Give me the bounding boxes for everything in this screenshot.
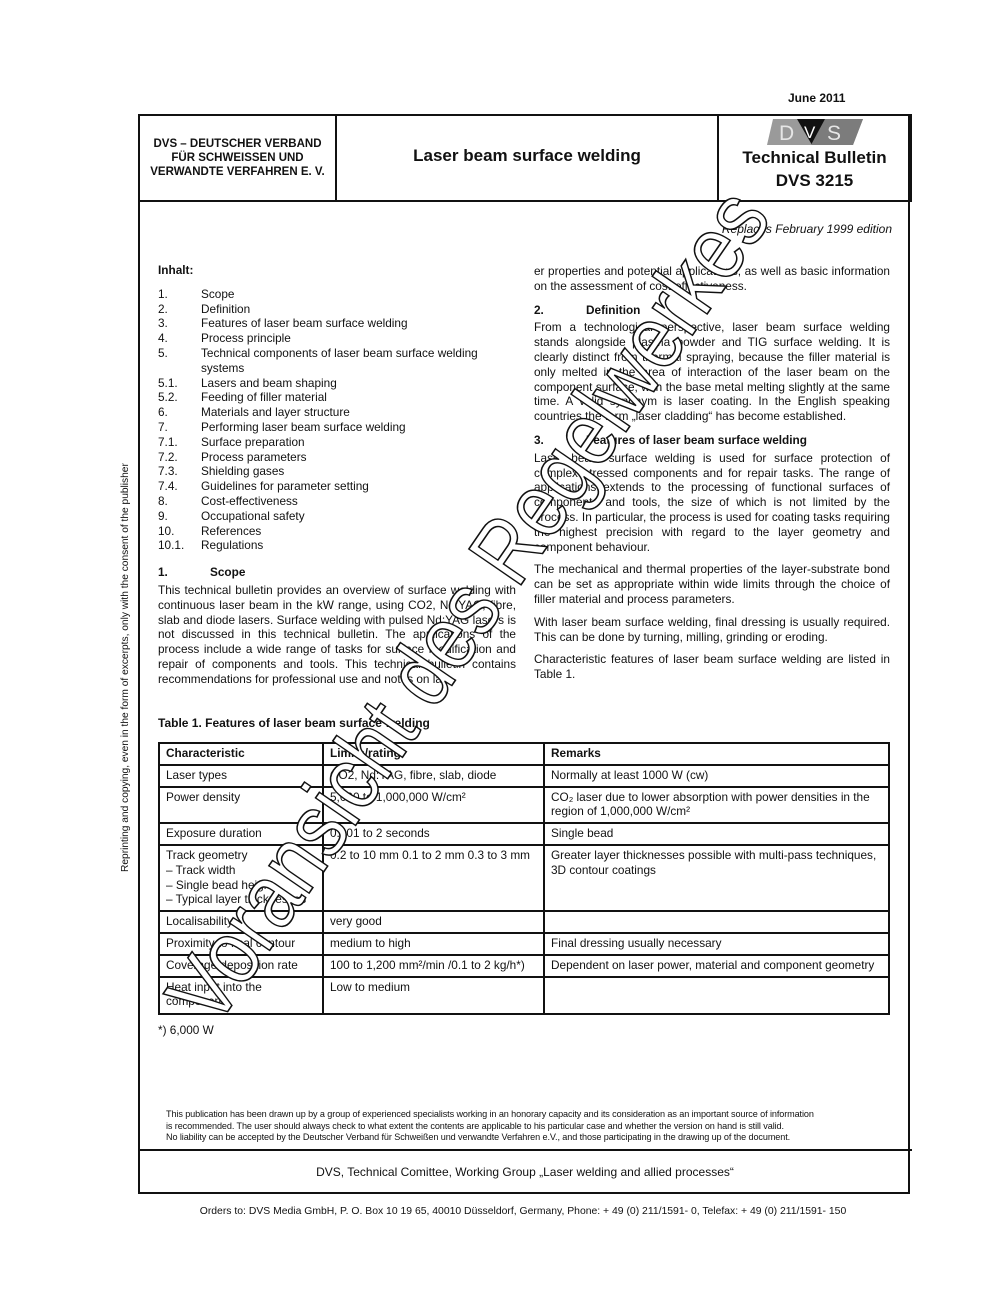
- toc-number: 7.3.: [158, 464, 201, 479]
- table-cell-limits: very good: [323, 911, 544, 933]
- toc-number: 5.1.: [158, 376, 201, 391]
- document-header: DVS – DEUTSCHER VERBAND FÜR SCHWEISSEN U…: [138, 114, 912, 202]
- organization-line: DVS – DEUTSCHER VERBAND: [150, 137, 324, 151]
- disclaimer: This publication has been drawn up by a …: [166, 1109, 890, 1144]
- table-cell-remarks: CO₂ laser due to lower absorption with p…: [544, 787, 889, 824]
- disclaimer-line: is recommended. The user should always c…: [166, 1121, 890, 1133]
- column-header: Characteristic: [159, 743, 323, 765]
- features-paragraph: The mechanical and thermal properties of…: [534, 562, 890, 606]
- table-cell-limits: 0.2 to 10 mm 0.1 to 2 mm 0.3 to 3 mm: [323, 845, 544, 911]
- toc-number: 10.: [158, 524, 201, 539]
- table-row: Localisabilityvery good: [159, 911, 889, 933]
- bulletin-block: D V S Technical Bulletin DVS 3215: [719, 116, 910, 200]
- toc-number: 3.: [158, 316, 201, 331]
- table-cell-characteristic: Exposure duration: [159, 823, 323, 845]
- toc-number: 7.: [158, 420, 201, 435]
- features-paragraph: Characteristic features of laser beam su…: [534, 652, 890, 682]
- svg-text:D: D: [779, 122, 794, 145]
- section-heading-scope: 1. Scope: [158, 565, 516, 580]
- bulletin-label: Technical Bulletin: [742, 148, 886, 168]
- table-row: Track geometry – Track width – Single be…: [159, 845, 889, 911]
- toc-number: 4.: [158, 331, 201, 346]
- table-cell-characteristic: Localisability: [159, 911, 323, 933]
- toc-item: 4.Process principle: [158, 331, 516, 346]
- features-paragraph: Laser beam surface welding is used for s…: [534, 451, 890, 555]
- bulletin-number: DVS 3215: [776, 171, 854, 191]
- toc-number: 5.: [158, 346, 201, 376]
- toc-label: Surface preparation: [201, 435, 305, 450]
- toc-number: 7.2.: [158, 450, 201, 465]
- toc-label: Process principle: [201, 331, 291, 346]
- table-row: Power density5,000 to 1,000,000 W/cm²CO₂…: [159, 787, 889, 824]
- toc-number: 5.2.: [158, 390, 201, 405]
- table-cell-remarks: Dependent on laser power, material and c…: [544, 955, 889, 977]
- toc-item: 5.1.Lasers and beam shaping: [158, 376, 516, 391]
- toc-item: 3.Features of laser beam surface welding: [158, 316, 516, 331]
- table-title: Table 1. Features of laser beam surface …: [158, 716, 430, 730]
- table-footnote: *) 6,000 W: [158, 1023, 214, 1037]
- table-cell-characteristic: Heat input into the component: [159, 977, 323, 1014]
- section-heading-definition: 2. Definition: [534, 303, 890, 318]
- toc-number: 7.4.: [158, 479, 201, 494]
- organization-line: FÜR SCHWEISSEN UND: [150, 151, 324, 165]
- toc-label: Scope: [201, 287, 234, 302]
- toc-number: 6.: [158, 405, 201, 420]
- toc-item: 5.Technical components of laser beam sur…: [158, 346, 516, 376]
- table-cell-limits: medium to high: [323, 933, 544, 955]
- table-cell-characteristic: Laser types: [159, 765, 323, 787]
- toc-title: Inhalt:: [158, 263, 516, 278]
- toc-label: Process parameters: [201, 450, 307, 465]
- table-cell-limits: 5,000 to 1,000,000 W/cm²: [323, 787, 544, 824]
- toc-item: 5.2.Feeding of filler material: [158, 390, 516, 405]
- table-cell-remarks: [544, 911, 889, 933]
- table-cell-remarks: Normally at least 1000 W (cw): [544, 765, 889, 787]
- toc-item: 1.Scope: [158, 287, 516, 302]
- toc-label: Occupational safety: [201, 509, 305, 524]
- table-cell-characteristic: Track geometry – Track width – Single be…: [159, 845, 323, 911]
- toc-label: Feeding of filler material: [201, 390, 327, 405]
- table-cell-remarks: [544, 977, 889, 1014]
- dvs-logo-icon: D V S: [767, 119, 863, 145]
- toc-item: 6.Materials and layer structure: [158, 405, 516, 420]
- definition-text: From a technological perspective, laser …: [534, 320, 890, 424]
- toc-label: Materials and layer structure: [201, 405, 350, 420]
- svg-text:V: V: [804, 123, 816, 142]
- toc-label: References: [201, 524, 261, 539]
- table-header-row: Characteristic Limits/rating Remarks: [159, 743, 889, 765]
- toc-item: 10.1.Regulations: [158, 538, 516, 553]
- toc-item: 7.3.Shielding gases: [158, 464, 516, 479]
- table-cell-limits: 100 to 1,200 mm²/min /0.1 to 2 kg/h*): [323, 955, 544, 977]
- scope-text-continued: er properties and potential applications…: [534, 264, 890, 294]
- table-cell-characteristic: Power density: [159, 787, 323, 824]
- scope-text: This technical bulletin provides an over…: [158, 583, 516, 687]
- table-cell-remarks: Final dressing usually necessary: [544, 933, 889, 955]
- replaces-edition: Replaces February 1999 edition: [722, 222, 892, 236]
- table-cell-limits: CO2, Nd:YAG, fibre, slab, diode: [323, 765, 544, 787]
- toc-label: Guidelines for parameter setting: [201, 479, 369, 494]
- toc-item: 2.Definition: [158, 302, 516, 317]
- toc-label: Shielding gases: [201, 464, 284, 479]
- column-header: Remarks: [544, 743, 889, 765]
- organization-line: VERWANDTE VERFAHREN E. V.: [150, 165, 324, 179]
- publication-date: June 2011: [788, 91, 845, 105]
- table-cell-remarks: Greater layer thicknesses possible with …: [544, 845, 889, 911]
- table-row: Exposure duration0.001 to 2 secondsSingl…: [159, 823, 889, 845]
- toc-number: 8.: [158, 494, 201, 509]
- toc-label: Definition: [201, 302, 250, 317]
- left-column: Inhalt: 1.Scope2.Definition3.Features of…: [158, 263, 516, 687]
- copyright-side-note: Reprinting and copying, even in the form…: [120, 463, 131, 872]
- table-cell-characteristic: Coverage/deposition rate: [159, 955, 323, 977]
- section-heading-features: 3. Features of laser beam surface weldin…: [534, 433, 890, 448]
- toc-item: 7.1.Surface preparation: [158, 435, 516, 450]
- table-row: Coverage/deposition rate100 to 1,200 mm²…: [159, 955, 889, 977]
- features-paragraph: With laser beam surface welding, final d…: [534, 615, 890, 645]
- toc-label: Regulations: [201, 538, 263, 553]
- table-row: Heat input into the componentLow to medi…: [159, 977, 889, 1014]
- document-title: Laser beam surface welding: [337, 116, 719, 200]
- toc-label: Technical components of laser beam surfa…: [201, 346, 516, 376]
- toc-item: 10.References: [158, 524, 516, 539]
- toc-number: 1.: [158, 287, 201, 302]
- table-cell-limits: 0.001 to 2 seconds: [323, 823, 544, 845]
- table-cell-limits: Low to medium: [323, 977, 544, 1014]
- toc-item: 7.4.Guidelines for parameter setting: [158, 479, 516, 494]
- toc-number: 7.1.: [158, 435, 201, 450]
- table-of-contents: 1.Scope2.Definition3.Features of laser b…: [158, 287, 516, 553]
- toc-number: 9.: [158, 509, 201, 524]
- right-column: er properties and potential applications…: [534, 264, 890, 690]
- table-row: Proximity to final contourmedium to high…: [159, 933, 889, 955]
- toc-number: 10.1.: [158, 538, 201, 553]
- toc-label: Lasers and beam shaping: [201, 376, 337, 391]
- organization-name: DVS – DEUTSCHER VERBAND FÜR SCHWEISSEN U…: [140, 116, 337, 200]
- toc-item: 7.2.Process parameters: [158, 450, 516, 465]
- toc-item: 8.Cost-effectiveness: [158, 494, 516, 509]
- table-cell-characteristic: Proximity to final contour: [159, 933, 323, 955]
- features-table: Characteristic Limits/rating Remarks Las…: [158, 742, 890, 1015]
- toc-label: Performing laser beam surface welding: [201, 420, 406, 435]
- toc-item: 9.Occupational safety: [158, 509, 516, 524]
- table-row: Laser typesCO2, Nd:YAG, fibre, slab, dio…: [159, 765, 889, 787]
- column-header: Limits/rating: [323, 743, 544, 765]
- committee-line: DVS, Technical Comittee, Working Group „…: [138, 1149, 912, 1196]
- toc-label: Features of laser beam surface welding: [201, 316, 408, 331]
- toc-label: Cost-effectiveness: [201, 494, 298, 509]
- svg-text:S: S: [827, 122, 841, 145]
- toc-number: 2.: [158, 302, 201, 317]
- toc-item: 7.Performing laser beam surface welding: [158, 420, 516, 435]
- disclaimer-line: This publication has been drawn up by a …: [166, 1109, 890, 1121]
- disclaimer-line: No liability can be accepted by the Deut…: [166, 1132, 890, 1144]
- orders-contact: Orders to: DVS Media GmbH, P. O. Box 10 …: [0, 1206, 1000, 1217]
- table-cell-remarks: Single bead: [544, 823, 889, 845]
